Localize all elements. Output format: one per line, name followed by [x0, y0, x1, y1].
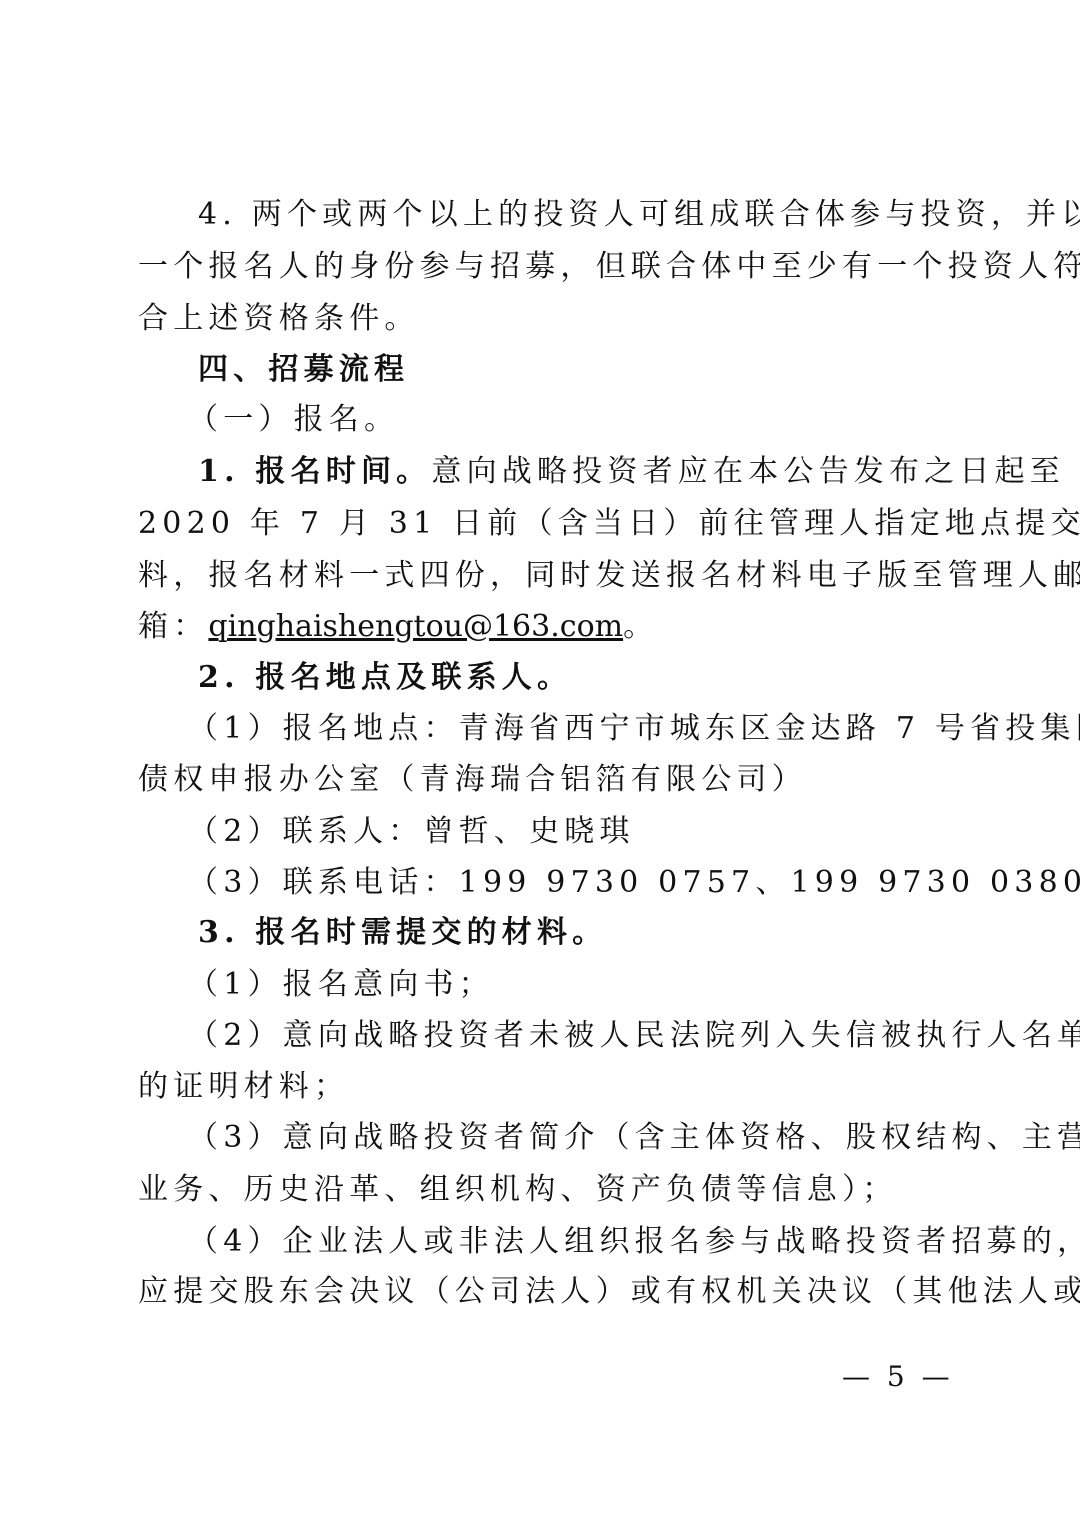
- paragraph-line: 一个报名人的身份参与招募，但联合体中至少有一个投资人符: [138, 247, 938, 287]
- contact-phones: （3）联系电话：199 9730 0757、199 9730 0380: [188, 863, 988, 903]
- item-text: 意向战略投资者应在本公告发布之日起至: [431, 454, 1065, 489]
- section-heading: 四、招募流程: [198, 350, 998, 390]
- email-label: 箱：: [138, 609, 208, 644]
- paragraph-line: 合上述资格条件。: [138, 299, 938, 339]
- paragraph-line: 应提交股东会决议（公司法人）或有权机关决议（其他法人或: [138, 1272, 938, 1312]
- paragraph-line: 的证明材料；: [138, 1067, 938, 1107]
- paragraph-line: 债权申报办公室（青海瑞合铝箔有限公司）: [138, 760, 938, 800]
- email-link[interactable]: qinghaishengtou@163.com: [208, 609, 623, 644]
- page-number: — 5 —: [842, 1360, 954, 1393]
- paragraph-line: （3）意向战略投资者简介（含主体资格、股权结构、主营: [188, 1118, 988, 1158]
- paragraph-line: （4）企业法人或非法人组织报名参与战略投资者招募的，: [188, 1222, 988, 1262]
- paragraph-line: （1）报名意向书；: [188, 965, 988, 1005]
- paragraph-line: 料，报名材料一式四份，同时发送报名材料电子版至管理人邮: [138, 556, 938, 596]
- punctuation: 。: [623, 609, 658, 644]
- item-heading: 3. 报名时需提交的材料。: [198, 913, 998, 953]
- item-heading: 2. 报名地点及联系人。: [198, 658, 998, 698]
- paragraph-line: （2）意向战略投资者未被人民法院列入失信被执行人名单: [188, 1016, 988, 1056]
- paragraph-line: 箱：qinghaishengtou@163.com。: [138, 607, 938, 647]
- paragraph-line: 1. 报名时间。意向战略投资者应在本公告发布之日起至: [198, 452, 998, 492]
- paragraph-line: （1）报名地点：青海省西宁市城东区金达路 7 号省投集团: [188, 709, 988, 749]
- item-lead: 1. 报名时间。: [198, 454, 431, 489]
- subsection-heading: （一）报名。: [188, 400, 988, 440]
- contact-persons: （2）联系人：曾哲、史晓琪: [188, 812, 988, 852]
- paragraph-line: 业务、历史沿革、组织机构、资产负债等信息）；: [138, 1170, 938, 1210]
- paragraph-line: 2020 年 7 月 31 日前（含当日）前往管理人指定地点提交报名材: [138, 504, 938, 544]
- paragraph-line: 4. 两个或两个以上的投资人可组成联合体参与投资，并以: [198, 195, 998, 235]
